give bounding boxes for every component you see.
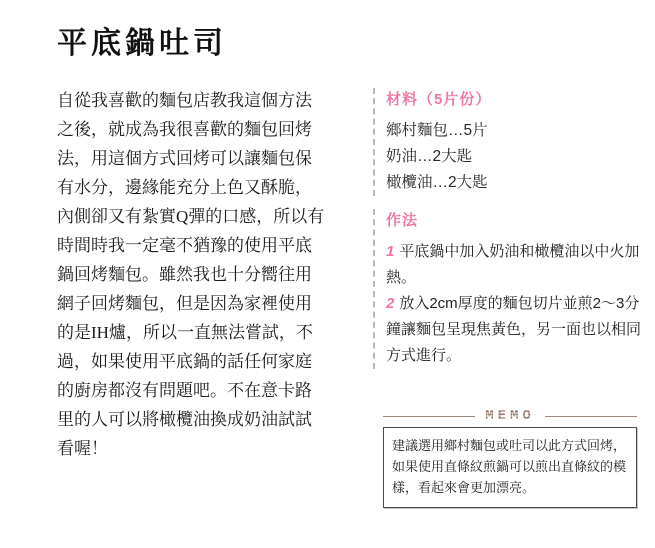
ingredients-section: 材料（5片份） 鄉村麵包…5片 奶油…2大匙 橄欖油…2大匙 [373, 88, 641, 196]
memo-rule-left [383, 416, 475, 417]
memo-header: MEMO [383, 408, 637, 424]
intro-line: 鍋回烤麵包。雖然我也十分嚮往用 [57, 260, 359, 289]
intro-paragraph: 自從我喜歡的麵包店教我這個方法 之後，就成為我很喜歡的麵包回烤 法，用這個方式回… [57, 86, 359, 463]
intro-line: 自從我喜歡的麵包店教我這個方法 [57, 86, 359, 115]
memo-section: MEMO 建議選用鄉村麵包或吐司以此方式回烤，如果使用直條紋煎鍋可以煎出直條紋的… [383, 408, 637, 508]
step-number: 2 [386, 295, 394, 312]
memo-box: 建議選用鄉村麵包或吐司以此方式回烤，如果使用直條紋煎鍋可以煎出直條紋的模樣，看起… [383, 427, 637, 508]
recipe-page: 平底鍋吐司 自從我喜歡的麵包店教我這個方法 之後，就成為我很喜歡的麵包回烤 法，… [0, 0, 655, 548]
intro-line: 之後，就成為我很喜歡的麵包回烤 [57, 115, 359, 144]
ingredient-item: 鄉村麵包…5片 [386, 118, 641, 144]
step-number: 1 [386, 243, 394, 260]
intro-line: 時間時我一定毫不猶豫的使用平底 [57, 231, 359, 260]
ingredient-item: 奶油…2大匙 [386, 144, 641, 170]
intro-line: 的廚房都沒有問題吧。不在意卡路 [57, 376, 359, 405]
ingredient-item: 橄欖油…2大匙 [386, 170, 641, 196]
intro-line: 內側卻又有紮實Q彈的口感，所以有 [57, 202, 359, 231]
page-title: 平底鍋吐司 [57, 18, 227, 62]
step-item: 1平底鍋中加入奶油和橄欖油以中火加熱。 [386, 239, 641, 291]
intro-line: 有水分，邊緣能充分上色又酥脆， [57, 173, 359, 202]
intro-line: 看喔！ [57, 434, 359, 463]
intro-line: 里的人可以將橄欖油換成奶油試試 [57, 405, 359, 434]
intro-line: 法，用這個方式回烤可以讓麵包保 [57, 144, 359, 173]
intro-line: 的是IH爐，所以一直無法嘗試，不 [57, 318, 359, 347]
intro-line: 網子回烤麵包，但是因為家裡使用 [57, 289, 359, 318]
step-item: 2放入2cm厚度的麵包切片並煎2〜3分鐘讓麵包呈現焦黃色，另一面也以相同方式進行… [386, 291, 641, 369]
steps-section: 作法 1平底鍋中加入奶油和橄欖油以中火加熱。 2放入2cm厚度的麵包切片並煎2〜… [373, 209, 641, 369]
intro-line: 過，如果使用平底鍋的話任何家庭 [57, 347, 359, 376]
memo-rule-right [545, 416, 637, 417]
step-text: 平底鍋中加入奶油和橄欖油以中火加熱。 [386, 243, 639, 286]
memo-text: 建議選用鄉村麵包或吐司以此方式回烤，如果使用直條紋煎鍋可以煎出直條紋的模樣，看起… [392, 435, 628, 498]
steps-heading: 作法 [386, 209, 641, 230]
step-text: 放入2cm厚度的麵包切片並煎2〜3分鐘讓麵包呈現焦黃色，另一面也以相同方式進行。 [386, 295, 641, 364]
memo-title: MEMO [475, 408, 545, 424]
ingredients-heading: 材料（5片份） [386, 88, 641, 109]
